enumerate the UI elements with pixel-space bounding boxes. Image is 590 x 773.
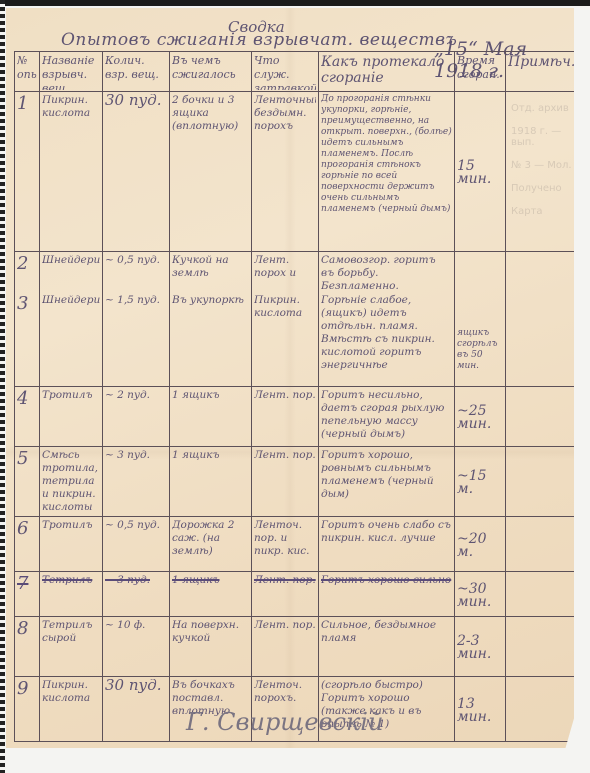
explosive-name: Тетрилъ bbox=[42, 574, 100, 615]
explosive-quantity: ~ 3 пуд. bbox=[105, 574, 167, 615]
burn-time: 13 мин. bbox=[457, 679, 503, 759]
notes bbox=[508, 679, 577, 740]
explosive-quantity: ~ 1,5 пуд. bbox=[105, 294, 167, 385]
explosive-quantity: 30 пуд. bbox=[105, 94, 167, 250]
explosive-quantity: 30 пуд. bbox=[105, 679, 167, 740]
burn-time: ~30 мин. bbox=[457, 574, 503, 624]
explosive-quantity: ~ 10 ф. bbox=[105, 619, 167, 675]
stamp-line: Отд. архив bbox=[511, 103, 574, 114]
notes bbox=[508, 519, 577, 570]
container: 1 ящикъ bbox=[172, 449, 249, 515]
explosive-name: Тротилъ bbox=[42, 519, 100, 570]
igniter: Лент. пор. bbox=[254, 389, 316, 445]
stamp-line: Карта bbox=[511, 206, 574, 217]
table-rule-vertical bbox=[14, 51, 15, 741]
explosive-name: Шнейдеритъ bbox=[42, 254, 100, 290]
burning-description: Горитъ хорошо сильно bbox=[321, 574, 452, 615]
igniter: Лент. пор. bbox=[254, 574, 316, 615]
table-rule-vertical bbox=[454, 51, 455, 741]
row-number: 4 bbox=[17, 389, 37, 445]
table-rule-vertical bbox=[251, 51, 252, 741]
signature: Г. Свирщевскій bbox=[186, 708, 383, 736]
burning-description: Самовозгор. горитъ въ борьбу. Безпламенн… bbox=[321, 254, 452, 290]
burning-description: Горитъ очень слабо съ пикрин. кисл. лучш… bbox=[321, 519, 452, 570]
igniter: Пикрин. кислота bbox=[254, 294, 316, 385]
explosive-name: Пикрин. кислота bbox=[42, 94, 100, 250]
header-igniter: Что служ. затравкой bbox=[254, 54, 316, 90]
row-number: 3 bbox=[17, 294, 37, 385]
notes bbox=[508, 574, 577, 615]
notes bbox=[508, 389, 577, 445]
stamp-line: № 3 — Мол. bbox=[511, 160, 574, 171]
row-number: 6 bbox=[17, 519, 37, 570]
igniter: Ленточ. пор. и пикр. кис. bbox=[254, 519, 316, 570]
explosive-quantity: ~ 3 пуд. bbox=[105, 449, 167, 515]
header-number: № опыт. bbox=[17, 54, 37, 90]
table-rule-vertical bbox=[169, 51, 170, 741]
container: 1 ящикъ bbox=[172, 574, 249, 615]
explosive-quantity: ~ 0,5 пуд. bbox=[105, 519, 167, 570]
container: Въ укупоркѣ bbox=[172, 294, 249, 385]
document-page: Сводка Опытовъ сжиганія взрывчат. вещест… bbox=[6, 8, 574, 748]
table-rule-vertical bbox=[579, 51, 580, 741]
burn-time bbox=[457, 254, 503, 296]
explosive-name: Тротилъ bbox=[42, 389, 100, 445]
container: Кучкой на землѣ bbox=[172, 254, 249, 290]
table-rule-horizontal bbox=[14, 51, 579, 52]
burning-description: Сильное, бездымное пламя bbox=[321, 619, 452, 675]
container: 1 ящикъ bbox=[172, 389, 249, 445]
row-number: 2 bbox=[17, 254, 37, 290]
table-rule-horizontal bbox=[14, 91, 579, 92]
explosive-name: Шнейдеритъ bbox=[42, 294, 100, 385]
burning-description: Горѣніе слабое, (ящикъ) идетъ отдѣльн. п… bbox=[321, 294, 452, 385]
burning-description: Горитъ хорошо, ровнымъ сильнымъ пламенем… bbox=[321, 449, 452, 515]
header-burning: Какъ протекало сгораніе bbox=[321, 54, 452, 90]
table-rule-vertical bbox=[102, 51, 103, 741]
stamp-line: 1918 г. — вып. bbox=[511, 126, 574, 148]
explosive-name: Пикрин. кислота bbox=[42, 679, 100, 740]
igniter: Лент. пор. bbox=[254, 619, 316, 675]
notes bbox=[508, 254, 577, 290]
table-rule-vertical bbox=[505, 51, 506, 741]
row-number: 1 bbox=[17, 94, 37, 250]
explosive-name: Смѣсь тротила, тетрила и пикрин. кислоты bbox=[42, 449, 100, 515]
notes bbox=[508, 619, 577, 675]
scanner-edge-top bbox=[0, 0, 590, 6]
scanner-edge-left bbox=[0, 0, 5, 773]
igniter: Лент. порох и bbox=[254, 254, 316, 290]
row-number: 7 bbox=[17, 574, 37, 615]
notes bbox=[508, 294, 577, 385]
document-title: Опытовъ сжиганія взрывчат. веществъ bbox=[61, 30, 457, 50]
container: Дорожка 2 саж. (на землѣ) bbox=[172, 519, 249, 570]
row-number: 5 bbox=[17, 449, 37, 515]
explosive-quantity: ~ 0,5 пуд. bbox=[105, 254, 167, 290]
table-rule-vertical bbox=[318, 51, 319, 741]
row-number: 9 bbox=[17, 679, 37, 740]
header-notes: Примѣч. bbox=[508, 54, 577, 90]
header-quantity: Колич. взр. вещ. bbox=[105, 54, 167, 90]
explosive-quantity: ~ 2 пуд. bbox=[105, 389, 167, 445]
row-number: 8 bbox=[17, 619, 37, 675]
header-name: Названіе взрывч. вещ. bbox=[42, 54, 100, 90]
header-time: Время сгоран. bbox=[457, 54, 503, 90]
igniter: Лент. пор. bbox=[254, 449, 316, 515]
stamp-line: Получено bbox=[511, 183, 574, 194]
notes bbox=[508, 449, 577, 515]
header-container: Въ чемъ сжигалось bbox=[172, 54, 249, 90]
container: На поверхн. кучкой bbox=[172, 619, 249, 675]
faded-stamp: Отд. архив1918 г. — вып.№ 3 — Мол.Получе… bbox=[511, 103, 574, 229]
igniter: Ленточный бездымн. порохъ bbox=[254, 94, 316, 250]
burning-description: До прогоранія стѣнки укупорки, горѣніе, … bbox=[321, 94, 452, 250]
burning-description: Горитъ несильно, даетъ сгорая рыхлую пеп… bbox=[321, 389, 452, 445]
explosive-name: Тетрилъ сырой bbox=[42, 619, 100, 675]
table-rule-vertical bbox=[39, 51, 40, 741]
container: 2 бочки и 3 ящика (вплотную) bbox=[172, 94, 249, 250]
